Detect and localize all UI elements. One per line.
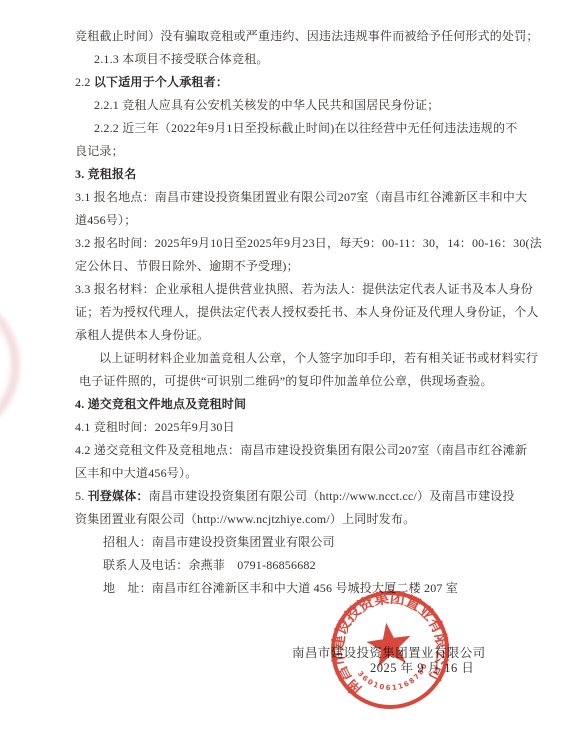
document-line: 2.2.1 竞租人应具有公安机关核发的中华人民共和国居民身份证； bbox=[75, 94, 527, 117]
text-segment: 4.2 递交竞租文件及竞租地点：南昌市建设投资集团有限公司207室（南昌市红谷滩… bbox=[75, 443, 527, 457]
text-segment: 证；若为授权代理人，提供法定代表人授权委托书、本人身份证及代理人身份证，个人 bbox=[75, 305, 539, 319]
text-segment: 定公休日、节假日除外、逾期不予受理)； bbox=[75, 259, 299, 273]
document-line: 2.2 以下适用于个人承租者： bbox=[75, 71, 527, 94]
document-line: 定公休日、节假日除外、逾期不予受理)； bbox=[75, 255, 527, 278]
document-line: 2.2.2 近三年（2022年9月1日至投标截止时间)在以往经营中无任何违法违规… bbox=[75, 117, 527, 140]
text-segment: 2.2.1 竞租人应具有公安机关核发的中华人民共和国居民身份证； bbox=[94, 98, 439, 112]
document-line: 4.2 递交竞租文件及竞租地点：南昌市建设投资集团有限公司207室（南昌市红谷滩… bbox=[75, 439, 527, 462]
document-line: 招租人：南昌市建设投资集团置业有限公司 bbox=[75, 531, 527, 554]
text-segment: 以下适用于个人承租者： bbox=[94, 75, 228, 89]
document-line: 电子证件照的，可提供“可识别二维码”的复印件加盖单位公章，供现场查验。 bbox=[75, 370, 527, 393]
text-segment: 3.3 报名材料：企业承租人提供营业执照、若为法人：提供法定代表人证书及本人身份 bbox=[75, 282, 533, 296]
text-segment: 2.1.3 本项目不接受联合体竞租。 bbox=[94, 52, 269, 66]
text-segment: 刊登媒体： bbox=[88, 489, 149, 503]
document-line: 道456号）； bbox=[75, 209, 527, 232]
document-line: 证；若为授权代理人，提供法定代表人授权委托书、本人身份证及代理人身份证，个人 bbox=[75, 301, 527, 324]
seal-serial-number: 3601061168780 bbox=[355, 660, 432, 697]
document-line: 竞租截止时间）没有骗取竞租或严重违约、因违法违规事件而被给予任何形式的处罚； bbox=[75, 25, 527, 48]
text-segment: 竞租截止时间）没有骗取竞租或严重违约、因违法违规事件而被给予任何形式的处罚； bbox=[75, 29, 539, 43]
text-segment: 联系人及电话：余燕菲 0791-86856682 bbox=[103, 558, 316, 572]
text-segment: 电子证件照的，可提供“可识别二维码”的复印件加盖单位公章，供现场查验。 bbox=[79, 374, 493, 388]
text-segment: 良记录； bbox=[75, 144, 124, 158]
document-line: 3.3 报名材料：企业承租人提供营业执照、若为法人：提供法定代表人证书及本人身份 bbox=[75, 278, 527, 301]
text-segment: 2.2 bbox=[75, 75, 94, 89]
text-segment: 承租人提供本人身份证。 bbox=[75, 328, 209, 342]
document-line: 良记录； bbox=[75, 140, 527, 163]
document-page: 竞租截止时间）没有骗取竞租或严重违约、因违法违规事件而被给予任何形式的处罚；2.… bbox=[0, 0, 565, 600]
document-line: 承租人提供本人身份证。 bbox=[75, 324, 527, 347]
document-line: 4. 递交竞租文件地点及竞租时间 bbox=[75, 393, 527, 416]
document-line: 区丰和中大道456号）。 bbox=[75, 462, 527, 485]
company-seal: 南昌市建设投资集团置业有限公司 3601061168780 bbox=[300, 560, 481, 741]
document-line: 3.1 报名地点：南昌市建设投资集团置业有限公司207室（南昌市红谷滩新区丰和中… bbox=[75, 186, 527, 209]
text-segment: 区丰和中大道456号）。 bbox=[75, 466, 197, 480]
text-segment: 5. bbox=[75, 489, 88, 503]
document-line: 以上证明材料企业加盖竞租人公章，个人签字加印手印，若有相关证书或材料实行 bbox=[75, 347, 527, 370]
text-segment: 2.2.2 近三年（2022年9月1日至投标截止时间)在以往经营中无任何违法违规… bbox=[94, 121, 517, 135]
document-line: 资集团置业有限公司（http://www.ncjtzhiye.com/）上同时发… bbox=[75, 508, 527, 531]
document-line: 5. 刊登媒体：南昌市建设投资集团有限公司（http://www.ncct.cc… bbox=[75, 485, 527, 508]
text-segment: 3.1 报名地点：南昌市建设投资集团置业有限公司207室（南昌市红谷滩新区丰和中… bbox=[75, 190, 527, 204]
document-line: 3.2 报名时间：2025年9月10日至2025年9月23日，每天9：00-11… bbox=[75, 232, 527, 255]
text-segment: 3.2 报名时间：2025年9月10日至2025年9月23日，每天9：00-11… bbox=[75, 236, 542, 250]
text-segment: 4. 递交竞租文件地点及竞租时间 bbox=[75, 397, 246, 411]
text-segment: 招租人：南昌市建设投资集团置业有限公司 bbox=[103, 535, 335, 549]
text-segment: 3. 竞租报名 bbox=[75, 167, 136, 181]
document-line: 3. 竞租报名 bbox=[75, 163, 527, 186]
text-segment: 资集团置业有限公司（http://www.ncjtzhiye.com/）上同时发… bbox=[75, 512, 415, 526]
text-segment: 以上证明材料企业加盖竞租人公章，个人签字加印手印，若有相关证书或材料实行 bbox=[99, 351, 538, 365]
text-segment: 道456号）； bbox=[75, 213, 136, 227]
document-line: 2.1.3 本项目不接受联合体竞租。 bbox=[75, 48, 527, 71]
text-segment: 4.1 竞租时间：2025年9月30日 bbox=[75, 420, 235, 434]
document-lines: 竞租截止时间）没有骗取竞租或严重违约、因违法违规事件而被给予任何形式的处罚；2.… bbox=[75, 25, 527, 600]
star-icon bbox=[364, 620, 414, 668]
text-segment: 南昌市建设投资集团有限公司（http://www.ncct.cc/）及南昌市建设… bbox=[149, 489, 515, 503]
document-line: 4.1 竞租时间：2025年9月30日 bbox=[75, 416, 527, 439]
